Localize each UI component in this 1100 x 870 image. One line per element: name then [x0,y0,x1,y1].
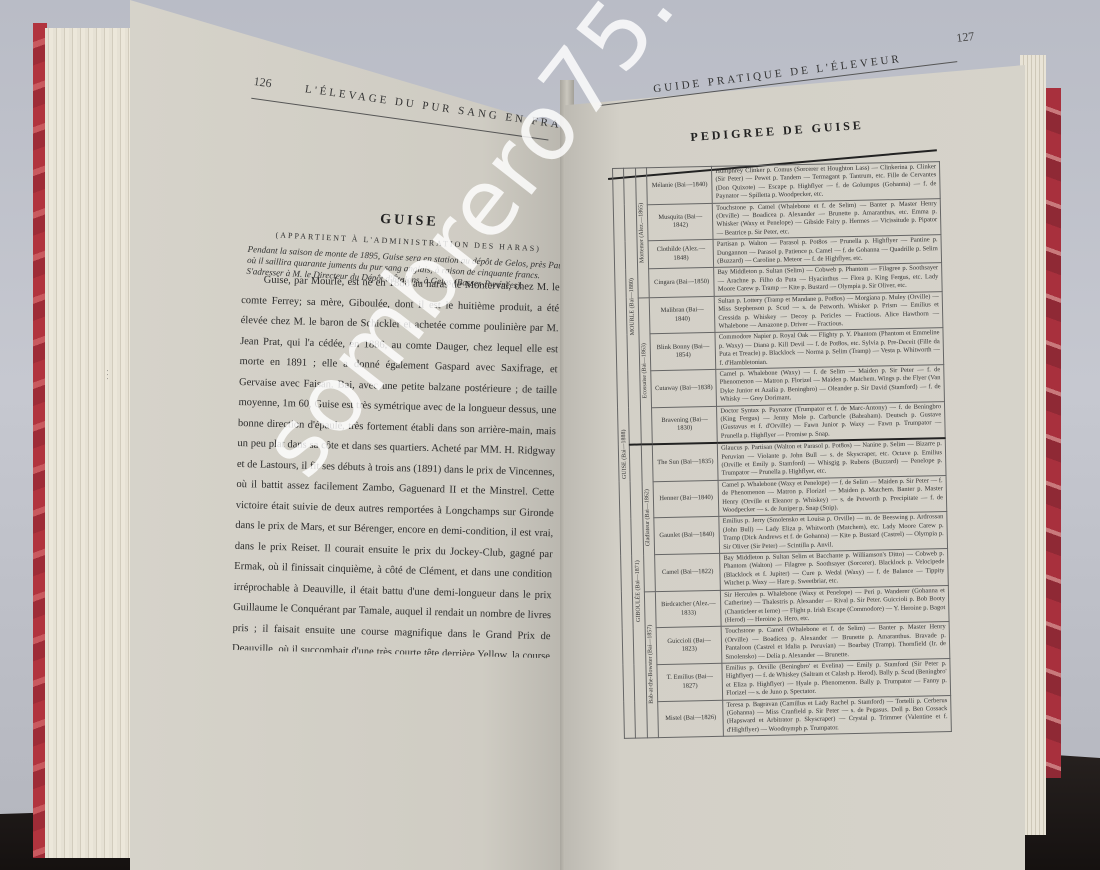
ancestry-text: Bay Middleton p. Sultan Selim et Bacchan… [720,549,948,590]
ancestor-cell: T. Emilius (Bai—1827) [657,663,723,701]
ancestor-cell: Malibran (Bai—1840) [649,296,715,334]
ancestor-cell: Henner (Bai—1840) [653,480,719,518]
ancestry-text: Camel p. Whalebone (Waxy) — f. de Selim … [716,365,944,406]
ancestor-cell: Birdcatcher (Alez.—1833) [656,590,722,628]
ancestry-text: Teresa p. Bagravan (Camillus et Lady Rac… [723,695,951,736]
ancestor-cell: The Sun (Bai—1835) [653,443,719,481]
ancestry-text: Touchstone p. Camel (Whalebone et f. de … [712,198,940,239]
ancestor-cell: Clothilde (Alez.—1848) [648,240,714,270]
left-page-body: Guise, par Mourle, est né en 1888 au har… [232,270,560,658]
ancestor-cell: Bravening (Bai—1830) [652,406,718,444]
ancestor-cell: Blink Bonny (Bai—1854) [650,333,716,371]
ancestor-cell: Cutaway (Bai—1838) [651,369,717,407]
ancestry-text: Emilius p. Orville (Beningbro' et Evelin… [722,658,950,699]
pedigree-table: GUISE (Bai—1888) MOURLE (Bai—1880) Morte… [612,161,952,739]
ancestor-cell: Mélanie (Bai—1840) [647,166,713,204]
ancestor-cell: Mistel (Bai—1826) [658,700,724,738]
ancestry-text: Glaucus p. Partisan (Walton et Parasol p… [718,438,947,480]
ancestry-text: Emilius p. Jerry (Smolensko et Louisa p.… [719,512,947,553]
ancestor-cell: Musquita (Bai—1842) [647,203,713,241]
ancestry-text: Sir Hercules p. Whalebone (Waxy et Penel… [721,585,949,626]
book-cover-right-marbled [1045,88,1061,778]
ancestry-text: Commodore Napier p. Royal Oak — Flighty … [715,328,943,369]
ancestry-text: Touchstone p. Camel (Whalebone et f. de … [721,622,949,663]
ancestry-text: Camel p. Whalebone (Waxy et Penelope) — … [718,475,946,516]
ancestor-cell: Cingara (Bai—1850) [649,268,715,298]
body-paragraph: Guise, par Mourle, est né en 1888 au har… [232,270,560,658]
ancestor-cell: Guiccioli (Bai—1823) [656,627,722,665]
ancestor-cell: Camel (Bai—1822) [655,553,721,591]
table-row: Mistel (Bai—1826) Teresa p. Bagravan (Ca… [624,695,952,738]
ancestry-text: Humphrey Clinker p. Comus (Sorcerer et H… [712,162,940,203]
ancestor-cell: Gaunlet (Bai—1840) [654,517,720,555]
page-stack-left [45,28,130,858]
ancestry-text: Sultan p. Lottery (Tramp et Mandane p. P… [714,291,942,332]
ancestry-text: Doctor Syntax p. Paynator (Trumpator et … [717,401,946,443]
page-number-left: 126 [253,74,273,90]
pencil-margin-note: · · · [103,370,112,380]
